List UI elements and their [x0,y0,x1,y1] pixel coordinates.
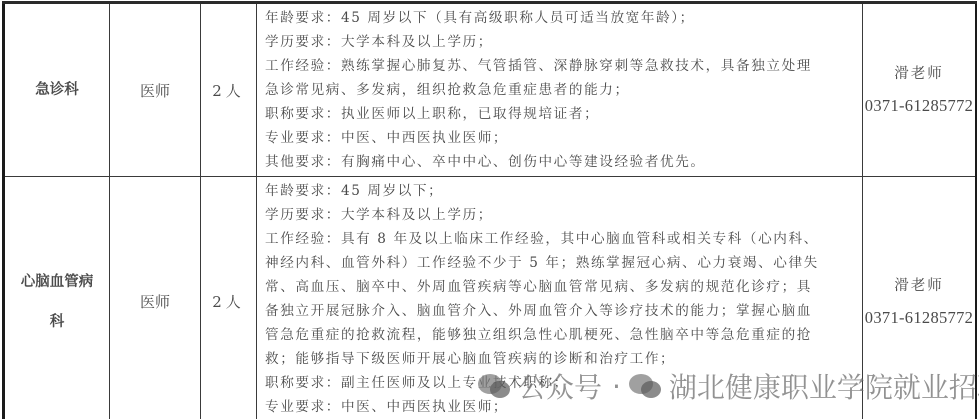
contact-phone: 0371-61285772 [863,307,975,329]
table-row: 心脑血管病 科 医师 2人 年龄要求：45 周岁以下； 学历要求：大学本科及以上… [4,177,977,419]
department-name-line2: 科 [5,302,109,342]
requirements-list: 年龄要求：45 周岁以下（具有高级职称人员可适当放宽年龄）； 学历要求：大学本科… [257,4,862,176]
position-cell: 医师 [110,3,201,177]
requirement-line: 年龄要求：45 周岁以下（具有高级职称人员可适当放宽年龄）； [265,6,856,30]
requirement-line: 神经内科、血管外科）工作经验不少于 5 年；熟练掌握冠心病、心力衰竭、心律失 [265,251,856,275]
contact-name: 滑老师 [863,63,975,85]
department-cell: 急诊科 [4,3,110,177]
requirements-list: 年龄要求：45 周岁以下； 学历要求：大学本科及以上学历； 工作经验：具有 8 … [257,177,862,419]
requirement-line: 急诊常见病、多发病，组织抢救急危重症患者的能力； [265,78,856,102]
position-cell: 医师 [110,177,201,419]
requirement-line: 专业要求：中医、中西医执业医师； [265,126,856,150]
department-cell: 心脑血管病 科 [4,177,110,419]
position-name: 医师 [140,82,170,100]
requirements-cell: 年龄要求：45 周岁以下； 学历要求：大学本科及以上学历； 工作经验：具有 8 … [257,177,863,419]
headcount-cell: 2人 [201,3,257,177]
headcount: 2人 [212,82,245,100]
headcount-cell: 2人 [201,177,257,419]
requirement-line: 备独立开展冠脉介入、脑血管介入、外周血管介入等诊疗技术的能力；掌握心脑血 [265,299,856,323]
requirement-line: 工作经验：具有 8 年及以上临床工作经验，其中心脑血管科或相关专科（心内科、 [265,227,856,251]
contact-cell: 滑老师 0371-61285772 [863,3,977,177]
requirements-cell: 年龄要求：45 周岁以下（具有高级职称人员可适当放宽年龄）； 学历要求：大学本科… [257,3,863,177]
contact-cell: 滑老师 0371-61285772 [863,177,977,419]
requirement-line: 其他要求：有胸痛中心、卒中中心、创伤中心等建设经验者优先。 [265,150,856,174]
requirement-line: 年龄要求：45 周岁以下； [265,179,856,203]
requirement-line: 学历要求：大学本科及以上学历； [265,203,856,227]
department-name-line1: 心脑血管病 [5,262,109,302]
requirement-line: 职称要求：副主任医师及以上专业技术职称； [265,371,856,395]
requirement-line: 救；能够指导下级医师开展心脑血管疾病的诊断和治疗工作； [265,347,856,371]
contact-name: 滑老师 [863,275,975,297]
contact-phone: 0371-61285772 [863,95,975,117]
requirement-line: 职称要求：执业医师以上职称，已取得规培证者； [265,102,856,126]
requirement-line: 管急危重症的抢救流程，能够独立组织急性心肌梗死、急性脑卒中等急危重症的抢 [265,323,856,347]
department-name: 急诊科 [35,81,79,98]
requirement-line: 专业要求：中医、中西医执业医师； [265,395,856,419]
headcount: 2人 [212,293,245,311]
requirement-line: 学历要求：大学本科及以上学历； [265,30,856,54]
position-name: 医师 [140,293,170,311]
table-row: 急诊科 医师 2人 年龄要求：45 周岁以下（具有高级职称人员可适当放宽年龄）；… [4,3,977,177]
requirement-line: 常、高血压、脑卒中、外周血管疾病等心脑血管常见病、多发病的规范化诊疗；具 [265,275,856,299]
requirement-line: 工作经验：熟练掌握心肺复苏、气管插管、深静脉穿刺等急救技术，具备独立处理 [265,54,856,78]
recruitment-table: 急诊科 医师 2人 年龄要求：45 周岁以下（具有高级职称人员可适当放宽年龄）；… [2,1,977,419]
